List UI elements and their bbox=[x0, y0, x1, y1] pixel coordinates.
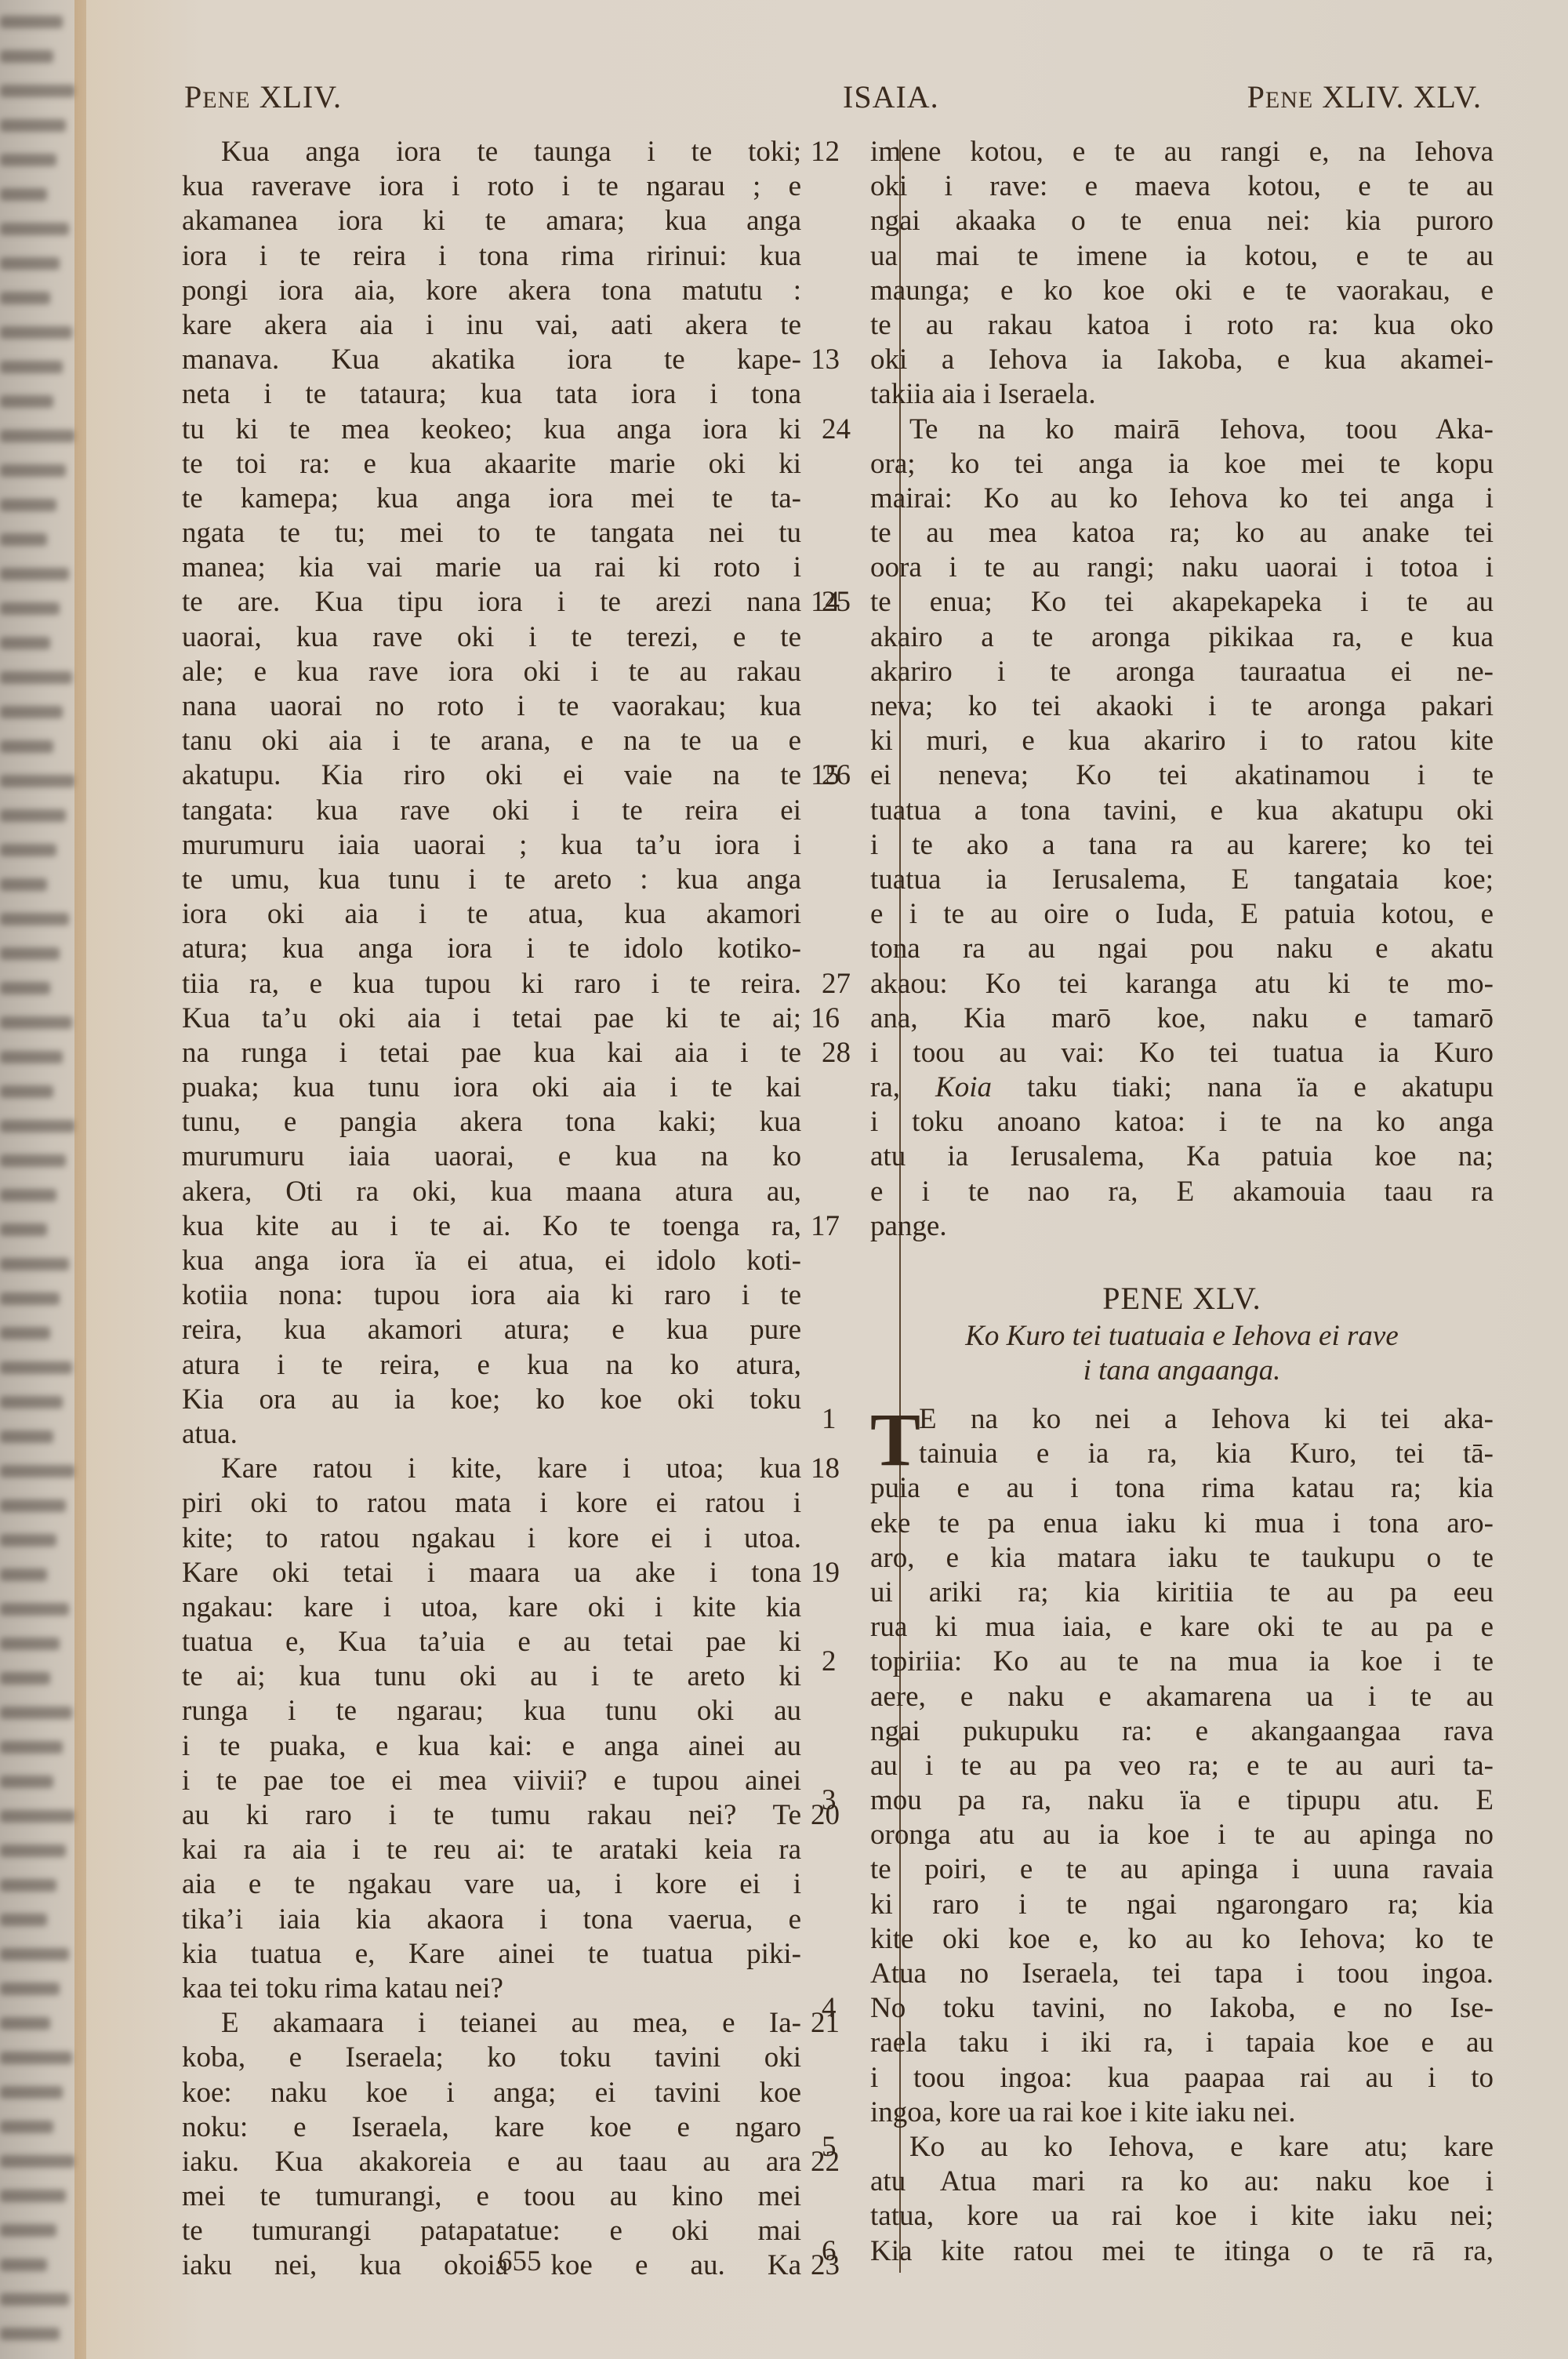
page-number: 655 bbox=[498, 2245, 542, 2278]
facing-page-text-blur bbox=[0, 464, 66, 477]
facing-page-text-blur bbox=[0, 1672, 50, 1685]
text-line: oronga atu au ia koe i te au apinga no bbox=[870, 1818, 1494, 1852]
facing-page-text-blur bbox=[0, 637, 50, 649]
line-text: e i te au oire o Iuda, E patuia kotou, e bbox=[870, 898, 1494, 930]
text-line: koba, e Iseraela; ko toku tavini oki bbox=[182, 2041, 801, 2075]
facing-page-text-blur bbox=[0, 2086, 63, 2099]
line-text: kare akera aia i inu vai, aati akera te bbox=[182, 309, 801, 341]
text-line: tuatua ia Ierusalema, E tangataia koe; bbox=[870, 863, 1494, 897]
facing-page-text-blur bbox=[0, 1120, 75, 1132]
facing-page-text-blur bbox=[0, 1603, 69, 1616]
text-line: E na ko nei a Iehova ki tei aka-1 bbox=[870, 1402, 1494, 1437]
facing-page-text-blur bbox=[0, 878, 47, 891]
facing-page-text-blur bbox=[0, 568, 69, 580]
text-line: raela taku i iki ra, i tapaia koe e au bbox=[870, 2026, 1494, 2060]
text-line: tangata: kua rave oki i te reira ei bbox=[182, 794, 801, 828]
line-text: ei neneva; Ko tei akatinamou i te bbox=[870, 759, 1494, 791]
chapter-summary: Ko Kuro tei tuatuaia e Iehova ei rave i … bbox=[870, 1319, 1494, 1388]
text-line: ingoa, kore ua rai koe i kite iaku nei. bbox=[870, 2095, 1494, 2130]
facing-page-text-blur bbox=[0, 913, 69, 925]
text-line: ngai pukupuku ra: e akangaangaa rava bbox=[870, 1714, 1494, 1749]
facing-page-text-blur bbox=[0, 257, 60, 270]
facing-page-text-blur bbox=[0, 326, 72, 339]
line-text: ingoa, kore ua rai koe i kite iaku nei. bbox=[870, 2096, 1295, 2128]
section-gap bbox=[870, 1244, 1494, 1278]
text-line: oora i te au rangi; naku uaorai i totoa … bbox=[870, 551, 1494, 585]
facing-page-curl bbox=[0, 0, 86, 2359]
verse-number: 16 bbox=[811, 1001, 858, 1036]
line-text: murumuru iaia uaorai ; kua ta’u iora i bbox=[182, 829, 801, 861]
line-text: tunu, e pangia akera tona kaki; kua bbox=[182, 1106, 801, 1138]
text-line: ora; ko tei anga ia koe mei te kopu bbox=[870, 447, 1494, 482]
facing-page-text-blur bbox=[0, 2155, 75, 2168]
line-text: ui ariki ra; kia kiritiia te au pa eeu bbox=[870, 1576, 1494, 1608]
line-text: te ai; kua tunu oki au i te areto ki bbox=[182, 1660, 801, 1692]
line-text: akaou: Ko tei karanga atu ki te mo- bbox=[870, 968, 1494, 1000]
running-head-right-numeral: XLIV. XLV. bbox=[1322, 79, 1482, 114]
facing-page-text-blur bbox=[0, 85, 75, 97]
line-text: tuatua e, Kua ta’uia e au tetai pae ki bbox=[182, 1626, 801, 1658]
verse-number: 5 bbox=[822, 2130, 861, 2165]
line-text: topiriia: Ko au te na mua ia koe i te bbox=[870, 1645, 1494, 1677]
line-text: iaku nei, kua okoia koe e au. Ka bbox=[182, 2249, 801, 2281]
text-line: te au rakau katoa i roto ra: kua oko bbox=[870, 308, 1494, 343]
facing-page-text-blur bbox=[0, 706, 63, 718]
facing-page-text-blur bbox=[0, 1776, 53, 1788]
line-text: Kare oki tetai i maara ua ake i tona bbox=[182, 1557, 801, 1589]
text-line: te au mea katoa ra; ko au anake tei bbox=[870, 516, 1494, 551]
text-line: iaku nei, kua okoia koe e au. Ka23 bbox=[182, 2248, 801, 2283]
line-text: akariro i te aronga tauraatua ei ne- bbox=[870, 656, 1494, 688]
text-line: Atua no Iseraela, tei tapa i toou ingoa. bbox=[870, 1957, 1494, 1991]
line-text: E na ko nei a Iehova ki tei aka- bbox=[919, 1403, 1494, 1435]
facing-page-text-blur bbox=[0, 1845, 66, 1857]
text-line: te toi ra: e kua akaarite marie oki ki bbox=[182, 447, 801, 482]
text-line: neva; ko tei akaoki i te aronga pakari bbox=[870, 689, 1494, 724]
text-line: mei te tumurangi, e toou au kino mei bbox=[182, 2179, 801, 2214]
facing-page-text-blur bbox=[0, 740, 53, 753]
line-text: Ko au ko Iehova, e kare atu; kare bbox=[909, 2131, 1494, 2163]
line-text: piri oki to ratou mata i kore ei ratou i bbox=[182, 1487, 801, 1519]
line-text: atua. bbox=[182, 1418, 238, 1450]
text-line: iaku. Kua akakoreia e au taau au ara22 bbox=[182, 2145, 801, 2179]
text-line: i toou ingoa: kua paapaa rai au i to bbox=[870, 2061, 1494, 2095]
chapter-summary-line-2: i tana angaanga. bbox=[870, 1354, 1494, 1388]
line-text: Kare ratou i kite, kare i utoa; kua bbox=[221, 1452, 801, 1485]
line-text: te enua; Ko tei akapekapeka i te au bbox=[870, 586, 1494, 618]
line-text: tika’i iaia kia akaora i tona vaerua, e bbox=[182, 1903, 801, 1936]
text-line: tiia ra, e kua tupou ki raro i te reira. bbox=[182, 967, 801, 1001]
line-text: oronga atu au ia koe i te au apinga no bbox=[870, 1819, 1494, 1851]
line-text: mei te tumurangi, e toou au kino mei bbox=[182, 2180, 801, 2212]
text-line: akatupu. Kia riro oki ei vaie na te15 bbox=[182, 758, 801, 793]
line-text: kua kite au i te ai. Ko te toenga ra, bbox=[182, 1210, 801, 1242]
text-segment: ra, bbox=[870, 1071, 935, 1103]
line-text: tu ki te mea keokeo; kua anga iora ki bbox=[182, 413, 801, 445]
facing-page-text-blur bbox=[0, 2190, 66, 2202]
line-text: tatua, kore ua rai koe i kite iaku nei; bbox=[870, 2200, 1494, 2232]
text-line: Kua anga iora te taunga i te toki;12 bbox=[182, 135, 801, 169]
text-line: pange. bbox=[870, 1209, 1494, 1244]
spacer bbox=[870, 1388, 1494, 1402]
text-line: manea; kia vai marie ua rai ki roto i bbox=[182, 551, 801, 585]
text-line: oki a Iehova ia Iakoba, e kua akamei- bbox=[870, 343, 1494, 377]
line-text: tainuia e ia ra, kia Kuro, tei tā- bbox=[919, 1438, 1494, 1470]
facing-page-text-blur bbox=[0, 430, 75, 442]
italic-word: Koia bbox=[935, 1071, 992, 1103]
line-text: tanu oki aia i te arana, e na te ua e bbox=[182, 725, 801, 757]
facing-page-text-blur bbox=[0, 602, 60, 615]
text-line: pongi iora aia, kore akera tona matutu : bbox=[182, 274, 801, 308]
line-text: kite oki koe e, ko au ko Iehova; ko te bbox=[870, 1923, 1494, 1955]
line-text: te tumurangi patapatatue: e oki mai bbox=[182, 2215, 801, 2247]
text-line: Kua ta’u oki aia i tetai pae ki te ai;16 bbox=[182, 1001, 801, 1036]
line-text: te au rakau katoa i roto ra: kua oko bbox=[870, 309, 1494, 341]
text-line: ei neneva; Ko tei akatinamou i te26 bbox=[870, 758, 1494, 793]
text-line: tika’i iaia kia akaora i tona vaerua, e bbox=[182, 1903, 801, 1937]
verse-number: 24 bbox=[822, 413, 861, 447]
text-line: aere, e naku e akamarena ua i te au bbox=[870, 1680, 1494, 1714]
facing-page-text-blur bbox=[0, 1707, 72, 1719]
text-line: murumuru iaia uaorai, e kua na ko bbox=[182, 1140, 801, 1174]
text-line: kua raverave iora i roto i te ngarau ; e bbox=[182, 169, 801, 204]
line-text: tona ra au ngai pou naku e akatu bbox=[870, 932, 1494, 965]
text-line: kotiia nona: tupou iora aia ki raro i te bbox=[182, 1278, 801, 1313]
facing-page-text-blur bbox=[0, 188, 47, 201]
text-line: reira, kua akamori atura; e kua pure bbox=[182, 1313, 801, 1347]
line-text: puaka; kua tunu iora oki aia i te kai bbox=[182, 1071, 801, 1103]
line-text: iaku. Kua akakoreia e au taau au ara bbox=[182, 2146, 801, 2178]
facing-page-text-blur bbox=[0, 1741, 63, 1754]
text-line: ngata te tu; mei to te tangata nei tu bbox=[182, 516, 801, 551]
line-text: e i te nao ra, E akamouia taau ra bbox=[870, 1176, 1494, 1208]
text-line: kua anga iora ïa ei atua, ei idolo koti- bbox=[182, 1244, 801, 1278]
text-line: Kia kite ratou mei te itinga o te rā ra,… bbox=[870, 2234, 1494, 2269]
running-head-left-word: PENE bbox=[184, 79, 251, 114]
line-text: i toou au vai: Ko tei tuatua ia Kuro bbox=[870, 1037, 1494, 1069]
facing-page-text-blur bbox=[0, 1258, 69, 1270]
book-page: PENE XLIV. ISAIA. PENE XLIV. XLV. Kua an… bbox=[86, 0, 1568, 2359]
line-text: Kua ta’u oki aia i tetai pae ki te ai; bbox=[182, 1002, 801, 1034]
line-text: mou pa ra, naku ïa e tipupu atu. E bbox=[870, 1784, 1494, 1816]
line-text: runga i te ngarau; kua tunu oki au bbox=[182, 1695, 801, 1727]
text-line: te are. Kua tipu iora i te arezi nana14 bbox=[182, 585, 801, 620]
line-text: i toou ingoa: kua paapaa rai au i to bbox=[870, 2062, 1494, 2094]
line-text: reira, kua akamori atura; e kua pure bbox=[182, 1314, 801, 1346]
line-text: noku: e Iseraela, kare koe e ngaro bbox=[182, 2111, 801, 2143]
line-text: ngai akaaka o te enua nei: kia puroro bbox=[870, 205, 1494, 237]
facing-page-text-blur bbox=[0, 1430, 53, 1443]
text-line: Kare oki tetai i maara ua ake i tona19 bbox=[182, 1556, 801, 1590]
line-text: oki i rave: e maeva kotou, e te au bbox=[870, 170, 1494, 202]
text-line: ki raro i te ngai ngarongaro ra; kia bbox=[870, 1888, 1494, 1922]
verse-number: 6 bbox=[822, 2234, 861, 2269]
facing-page-text-blur bbox=[0, 1983, 60, 1995]
running-head-right: PENE XLIV. XLV. bbox=[1247, 78, 1482, 115]
text-line: noku: e Iseraela, kare koe e ngaro bbox=[182, 2110, 801, 2145]
text-line: manava. Kua akatika iora te kape-13 bbox=[182, 343, 801, 377]
text-line: runga i te ngarau; kua tunu oki au bbox=[182, 1694, 801, 1728]
running-head-left-numeral: XLIV. bbox=[260, 79, 342, 114]
facing-page-text-blur bbox=[0, 947, 60, 960]
line-text: pongi iora aia, kore akera tona matutu : bbox=[182, 274, 801, 307]
text-line: oki i rave: e maeva kotou, e te au bbox=[870, 169, 1494, 204]
text-line: tatua, kore ua rai koe i kite iaku nei; bbox=[870, 2199, 1494, 2234]
text-line: mairai: Ko au ko Iehova ko tei anga i bbox=[870, 482, 1494, 516]
running-head-right-word: PENE bbox=[1247, 79, 1314, 114]
text-line: eke te pa enua iaku ki mua i tona aro- bbox=[870, 1507, 1494, 1541]
verse-number: 28 bbox=[822, 1036, 861, 1070]
line-text: kotiia nona: tupou iora aia ki raro i te bbox=[182, 1279, 801, 1311]
text-line: kaa tei toku rima katau nei? bbox=[182, 1972, 801, 2006]
text-line: atura; kua anga iora i te idolo kotiko- bbox=[182, 932, 801, 966]
facing-page-text-blur bbox=[0, 844, 56, 856]
text-line: au i te au pa veo ra; e te au auri ta- bbox=[870, 1749, 1494, 1783]
text-line: puaka; kua tunu iora oki aia i te kai bbox=[182, 1070, 801, 1105]
line-text: Te na ko mairā Iehova, toou Aka- bbox=[909, 413, 1494, 445]
line-text: manea; kia vai marie ua rai ki roto i bbox=[182, 551, 801, 583]
text-line: kite; to ratou ngakau i kore ei i utoa. bbox=[182, 1521, 801, 1556]
line-text: akamanea iora ki te amara; kua anga bbox=[182, 205, 801, 237]
facing-page-text-blur bbox=[0, 1879, 56, 1892]
facing-page-text-blur bbox=[0, 1948, 69, 1961]
line-text: iora i te reira i tona rima ririnui: kua bbox=[182, 240, 801, 272]
verse-number: 13 bbox=[811, 343, 858, 377]
right-column-ch45-text: TE na ko nei a Iehova ki tei aka-1tainui… bbox=[870, 1402, 1494, 2269]
text-line: te enua; Ko tei akapekapeka i te au25 bbox=[870, 585, 1494, 620]
dropcap-paragraph: TE na ko nei a Iehova ki tei aka-1tainui… bbox=[870, 1402, 1494, 2269]
line-text: No toku tavini, no Iakoba, e no Ise- bbox=[870, 1992, 1494, 2024]
facing-page-text-blur bbox=[0, 50, 53, 63]
line-text: aia e te ngakau vare ua, i kore ei i bbox=[182, 1868, 801, 1900]
facing-page-text-blur bbox=[0, 1154, 66, 1167]
text-line: Kia ora au ia koe; ko koe oki toku bbox=[182, 1383, 801, 1417]
facing-page-text-blur bbox=[0, 2328, 60, 2340]
verse-number: 3 bbox=[822, 1783, 861, 1818]
text-line: kua kite au i te ai. Ko te toenga ra,17 bbox=[182, 1209, 801, 1244]
line-text: na runga i tetai pae kua kai aia i te bbox=[182, 1037, 801, 1069]
line-text: maunga; e ko koe oki e te vaorakau, e bbox=[870, 274, 1494, 307]
line-text: kite; to ratou ngakau i kore ei i utoa. bbox=[182, 1522, 801, 1554]
line-text: iora oki aia i te atua, kua akamori bbox=[182, 898, 801, 930]
line-text: au i te au pa veo ra; e te au auri ta- bbox=[870, 1750, 1494, 1782]
facing-page-text-blur bbox=[0, 775, 75, 787]
facing-page-text-blur bbox=[0, 2017, 50, 2030]
text-line: tu ki te mea keokeo; kua anga iora ki bbox=[182, 413, 801, 447]
verse-number: 12 bbox=[811, 135, 858, 169]
text-line: akera, Oti ra oki, kua maana atura au, bbox=[182, 1175, 801, 1209]
text-line: akariro i te aronga tauraatua ei ne- bbox=[870, 655, 1494, 689]
text-line: nana uaorai no roto i te vaorakau; kua bbox=[182, 689, 801, 724]
line-text: ua mai te imene ia kotou, e te au bbox=[870, 240, 1494, 272]
line-text: kua anga iora ïa ei atua, ei idolo koti- bbox=[182, 1245, 801, 1277]
line-text: te are. Kua tipu iora i te arezi nana bbox=[182, 586, 801, 618]
facing-page-text-blur bbox=[0, 2224, 56, 2237]
line-text: pange. bbox=[870, 1210, 947, 1242]
facing-page-text-blur bbox=[0, 16, 63, 28]
running-head-book-title: ISAIA. bbox=[843, 78, 939, 115]
text-line: tainuia e ia ra, kia Kuro, tei tā- bbox=[870, 1437, 1494, 1471]
line-text: au ki raro i te tumu rakau nei? Te bbox=[182, 1799, 801, 1831]
text-line: te ai; kua tunu oki au i te areto ki bbox=[182, 1659, 801, 1694]
text-line: imene kotou, e te au rangi e, na Iehova bbox=[870, 135, 1494, 169]
text-line: ki muri, e kua akariro i to ratou kite bbox=[870, 724, 1494, 758]
line-text: ki muri, e kua akariro i to ratou kite bbox=[870, 725, 1494, 757]
verse-number: 27 bbox=[822, 967, 861, 1001]
line-text: kai ra aia i te reu ai: te arataki keia … bbox=[182, 1834, 801, 1866]
text-line: te umu, kua tunu i te areto : kua anga bbox=[182, 863, 801, 897]
line-text: akatupu. Kia riro oki ei vaie na te bbox=[182, 759, 801, 791]
text-line: tunu, e pangia akera tona kaki; kua bbox=[182, 1105, 801, 1140]
text-line: akamanea iora ki te amara; kua anga bbox=[182, 204, 801, 238]
text-line: i te pae toe ei mea viivii? e tupou aine… bbox=[182, 1764, 801, 1798]
text-line: e i te nao ra, E akamouia taau ra bbox=[870, 1175, 1494, 1209]
facing-page-text-blur bbox=[0, 1914, 47, 1926]
text-line: atu Atua mari ra ko au: naku koe i bbox=[870, 2165, 1494, 2199]
line-text: eke te pa enua iaku ki mua i tona aro- bbox=[870, 1507, 1494, 1539]
facing-page-text-blur bbox=[0, 1327, 50, 1339]
text-line: akaou: Ko tei karanga atu ki te mo-27 bbox=[870, 967, 1494, 1001]
facing-page-text-blur bbox=[0, 1568, 47, 1581]
line-text: ora; ko tei anga ia koe mei te kopu bbox=[870, 448, 1494, 480]
verse-number: 1 bbox=[822, 1402, 861, 1437]
facing-page-text-blur bbox=[0, 1085, 53, 1098]
line-text: oora i te au rangi; naku uaorai i totoa … bbox=[870, 551, 1494, 583]
text-line: aro, e kia matara iaku te taukupu o te bbox=[870, 1541, 1494, 1576]
text-line: te kamepa; kua anga iora mei te ta- bbox=[182, 482, 801, 516]
line-text: i toku anoano katoa: i te na ko anga bbox=[870, 1106, 1494, 1138]
chapter-heading: PENE XLV. bbox=[870, 1278, 1494, 1319]
facing-page-text-blur bbox=[0, 292, 50, 304]
line-text: i te pae toe ei mea viivii? e tupou aine… bbox=[182, 1765, 801, 1797]
facing-page-text-blur bbox=[0, 2052, 72, 2064]
text-line: kia tuatua e, Kare ainei te tuatua piki- bbox=[182, 1937, 801, 1972]
text-line: neta i te tataura; kua tata iora i tona bbox=[182, 377, 801, 412]
facing-page-text-blur bbox=[0, 533, 47, 546]
facing-page-text-blur bbox=[0, 671, 72, 684]
chapter-summary-line-1: Ko Kuro tei tuatuaia e Iehova ei rave bbox=[870, 1319, 1494, 1354]
verse-number: 2 bbox=[822, 1645, 861, 1679]
facing-page-text-blur bbox=[0, 1361, 72, 1374]
line-text: nana uaorai no roto i te vaorakau; kua bbox=[182, 690, 801, 722]
right-column: imene kotou, e te au rangi e, na Iehovao… bbox=[870, 135, 1494, 2269]
facing-page-text-blur bbox=[0, 2121, 53, 2133]
facing-page-text-blur bbox=[0, 119, 66, 132]
line-text: akairo a te aronga pikikaa ra, e kua bbox=[870, 621, 1494, 653]
verse-number: 17 bbox=[811, 1209, 858, 1244]
verse-number: 25 bbox=[822, 585, 861, 620]
line-text: ngata te tu; mei to te tangata nei tu bbox=[182, 517, 801, 549]
facing-page-text-blur bbox=[0, 1016, 72, 1029]
line-text: i te puaka, e kua kai: e anga ainei au bbox=[182, 1730, 801, 1762]
text-line: ale; e kua rave iora oki i te au rakau bbox=[182, 655, 801, 689]
line-text: te kamepa; kua anga iora mei te ta- bbox=[182, 482, 801, 514]
text-line: ngai akaaka o te enua nei: kia puroro bbox=[870, 204, 1494, 238]
facing-page-text-blur bbox=[0, 1465, 75, 1478]
line-text: oki a Iehova ia Iakoba, e kua akamei- bbox=[870, 343, 1494, 376]
text-line: koe: naku koe i anga; ei tavini koe bbox=[182, 2076, 801, 2110]
right-column-ch44-text: imene kotou, e te au rangi e, na Iehovao… bbox=[870, 135, 1494, 1244]
text-line: ana, Kia marō koe, naku e tamarō bbox=[870, 1001, 1494, 1036]
line-text: koe: naku koe i anga; ei tavini koe bbox=[182, 2077, 801, 2109]
facing-page-text-blur bbox=[0, 499, 56, 511]
text-line: Ko au ko Iehova, e kare atu; kare5 bbox=[870, 2130, 1494, 2165]
text-line: iora oki aia i te atua, kua akamori bbox=[182, 897, 801, 932]
text-line: te poiri, e te au apinga i uuna ravaia bbox=[870, 1852, 1494, 1887]
text-line: na runga i tetai pae kua kai aia i te bbox=[182, 1036, 801, 1070]
facing-page-text-blur bbox=[0, 1051, 63, 1063]
line-text: ki raro i te ngai ngarongaro ra; kia bbox=[870, 1888, 1494, 1921]
text-line: ra, Koia taku tiaki; nana ïa e akatupu bbox=[870, 1070, 1494, 1105]
line-text: rua ki mua iaia, e kare oki te au pa e bbox=[870, 1611, 1494, 1643]
text-line: kare akera aia i inu vai, aati akera te bbox=[182, 308, 801, 343]
line-text: raela taku i iki ra, i tapaia koe e au bbox=[870, 2026, 1494, 2059]
text-line: aia e te ngakau vare ua, i kore ei i bbox=[182, 1867, 801, 1902]
line-text: murumuru iaia uaorai, e kua na ko bbox=[182, 1140, 801, 1172]
facing-page-text-blur bbox=[0, 395, 53, 408]
text-line: topiriia: Ko au te na mua ia koe i te2 bbox=[870, 1645, 1494, 1679]
text-line: tona ra au ngai pou naku e akatu bbox=[870, 932, 1494, 966]
running-head-left: PENE XLIV. bbox=[184, 78, 342, 115]
line-text: kua raverave iora i roto i te ngarau ; e bbox=[182, 170, 801, 202]
line-text: kaa tei toku rima katau nei? bbox=[182, 1972, 503, 2005]
verse-number: 26 bbox=[822, 758, 861, 793]
text-line: ngakau: kare i utoa, kare oki i kite kia bbox=[182, 1590, 801, 1625]
text-line: puia e au i tona rima katau ra; kia bbox=[870, 1471, 1494, 1506]
line-text: neta i te tataura; kua tata iora i tona bbox=[182, 378, 801, 410]
text-line: maunga; e ko koe oki e te vaorakau, e bbox=[870, 274, 1494, 308]
text-line: Te na ko mairā Iehova, toou Aka-24 bbox=[870, 413, 1494, 447]
line-text: aere, e naku e akamarena ua i te au bbox=[870, 1681, 1494, 1713]
text-line: mou pa ra, naku ïa e tipupu atu. E3 bbox=[870, 1783, 1494, 1818]
line-text: ngakau: kare i utoa, kare oki i kite kia bbox=[182, 1591, 801, 1623]
facing-page-text-blur bbox=[0, 982, 50, 994]
text-line: rua ki mua iaia, e kare oki te au pa e bbox=[870, 1610, 1494, 1645]
text-line: murumuru iaia uaorai ; kua ta’u iora i bbox=[182, 828, 801, 863]
text-line: e i te au oire o Iuda, E patuia kotou, e bbox=[870, 897, 1494, 932]
line-text: atu ia Ierusalema, Ka patuia koe na; bbox=[870, 1140, 1494, 1172]
line-text: imene kotou, e te au rangi e, na Iehova bbox=[870, 136, 1494, 168]
line-text: manava. Kua akatika iora te kape- bbox=[182, 343, 801, 376]
facing-page-text-blur bbox=[0, 2293, 69, 2306]
line-text: Atua no Iseraela, tei tapa i toou ingoa. bbox=[870, 1957, 1494, 1990]
text-line: te tumurangi patapatatue: e oki mai bbox=[182, 2214, 801, 2248]
text-line: takiia aia i Iseraela. bbox=[870, 377, 1494, 412]
facing-page-text-blur bbox=[0, 1810, 75, 1823]
line-text: te au mea katoa ra; ko au anake tei bbox=[870, 517, 1494, 549]
text-line: atu ia Ierusalema, Ka patuia koe na; bbox=[870, 1140, 1494, 1174]
text-line: au ki raro i te tumu rakau nei? Te20 bbox=[182, 1798, 801, 1833]
facing-page-text-blur bbox=[0, 1637, 60, 1650]
line-text: kia tuatua e, Kare ainei te tuatua piki- bbox=[182, 1938, 801, 1970]
facing-page-text-blur bbox=[0, 1396, 63, 1408]
facing-page-text-blur bbox=[0, 1189, 56, 1201]
facing-page-text-blur bbox=[0, 361, 63, 373]
text-line: i toou au vai: Ko tei tuatua ia Kuro28 bbox=[870, 1036, 1494, 1070]
line-text: aro, e kia matara iaku te taukupu o te bbox=[870, 1542, 1494, 1574]
text-line: kite oki koe e, ko au ko Iehova; ko te bbox=[870, 1922, 1494, 1957]
line-text: Kia ora au ia koe; ko koe oki toku bbox=[182, 1383, 801, 1416]
facing-page-text-blur bbox=[0, 2259, 47, 2271]
verse-number: 18 bbox=[811, 1452, 858, 1486]
text-line: tuatua e, Kua ta’uia e au tetai pae ki bbox=[182, 1625, 801, 1659]
text-line: i toku anoano katoa: i te na ko anga bbox=[870, 1105, 1494, 1140]
facing-page-text-blur bbox=[0, 1499, 66, 1512]
line-text: tangata: kua rave oki i te reira ei bbox=[182, 794, 801, 827]
line-text: takiia aia i Iseraela. bbox=[870, 378, 1096, 410]
line-text: E akamaara i teianei au mea, e Ia- bbox=[221, 2007, 801, 2039]
facing-page-text-blur bbox=[0, 1223, 47, 1236]
